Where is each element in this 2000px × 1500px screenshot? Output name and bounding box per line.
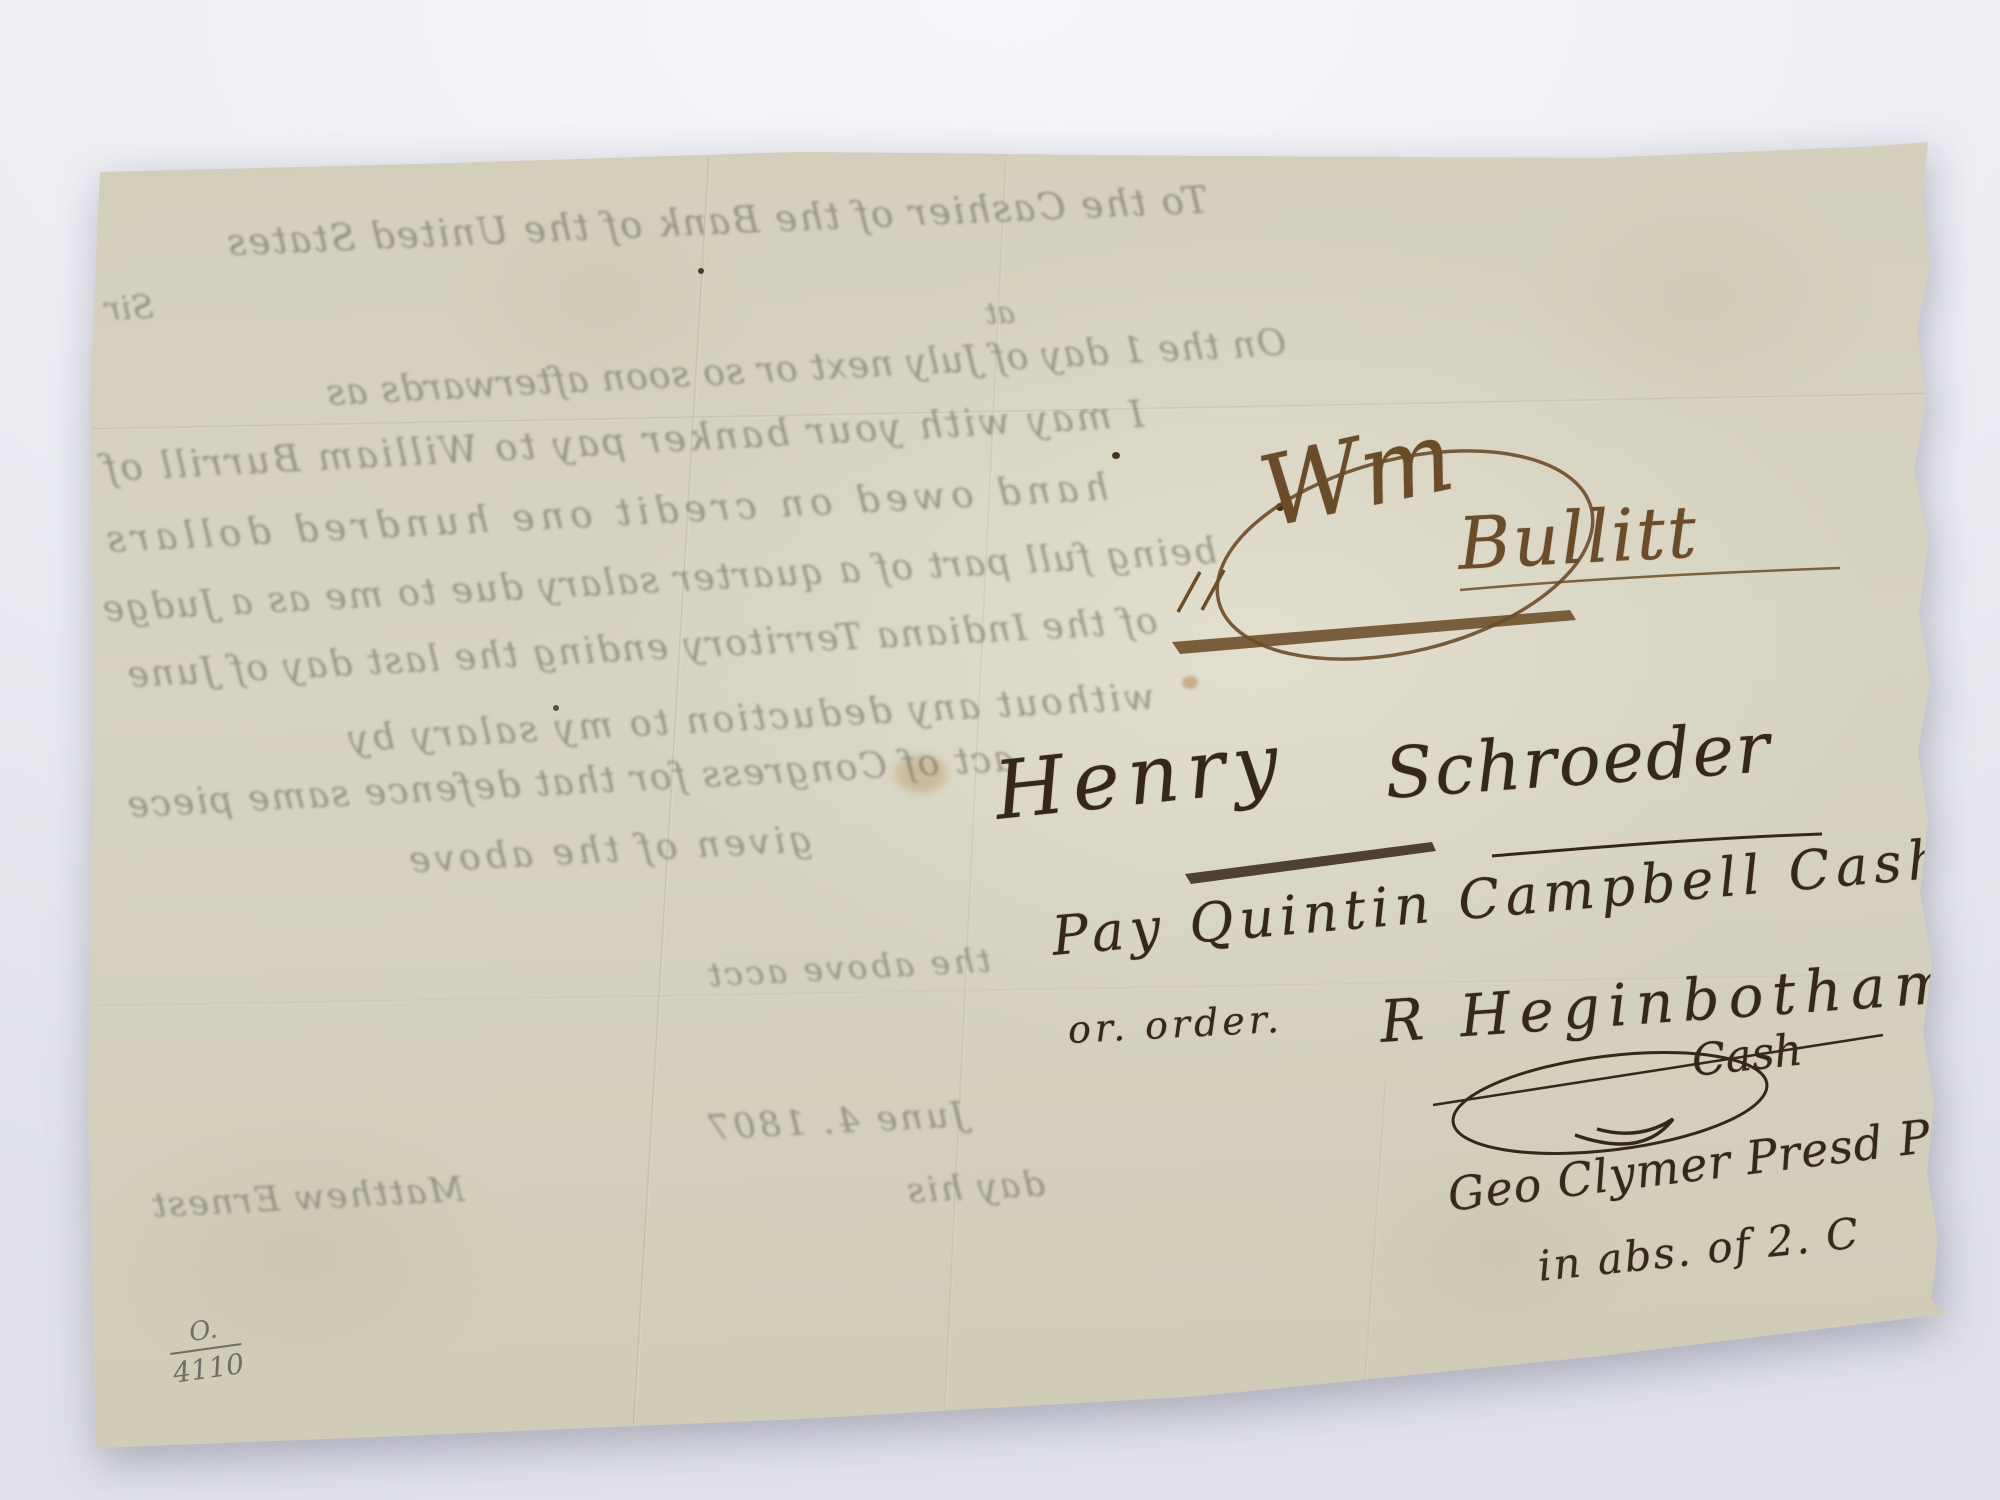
endorsement-order-prefix: or. order. [1067,997,1284,1052]
endorsement-order-name: R Heginbotham [1378,948,1961,1056]
bleedthrough-line: Matthew Ernest [149,1170,465,1226]
bullitt-signature-last: Bullitt [1456,489,1700,585]
bleedthrough-line: at [984,295,1016,332]
paper-stain [1182,676,1198,689]
paper-stain [895,755,947,793]
bleedthrough-line: without any deduction to my salary by [344,677,1155,760]
document-paper: To the Cashier of the Bank of the United… [0,0,2000,1500]
endorsement-pay-line: Pay Quintin Campbell Cash [1049,827,1950,968]
bullitt-signature-first: Wm [1250,399,1463,551]
bleedthrough-line: June 4. 1807 [704,1095,966,1149]
schroeder-signature-last: Schroeder [1382,706,1774,815]
photo-of-document: To the Cashier of the Bank of the United… [0,0,2000,1500]
horizontal-fold-crease [92,393,1927,431]
ink-speck [553,705,559,711]
schroeder-signature-flourish [1160,820,1860,900]
vertical-fold-crease [944,158,1008,1407]
bleedthrough-line: On the 1 day of July next or so soon aft… [325,323,1288,414]
cashier-paraph-flourish [1425,1015,1895,1165]
vertical-fold-crease [1363,1080,1388,1399]
catalog-mark-numerator: O. [166,1311,241,1351]
bleedthrough-line: being full part of a quarter salary due … [100,531,1218,630]
bullitt-signature-flourish [1140,430,1860,690]
bleedthrough-line: the above acct [704,941,991,995]
vertical-fold-crease [632,158,711,1431]
horizontal-fold-crease [92,973,1927,1008]
bleedthrough-line: Sir [104,287,155,329]
bleedthrough-line: given of the above [404,819,813,881]
attestation-line1: Geo Clymer Presd P B [1445,1103,1984,1222]
attestation-line2: in abs. of 2. C [1535,1208,1862,1291]
bleedthrough-line: act of Congress for that defence same pi… [125,739,1016,827]
bleedthrough-line: I may with your banker pay to William Bu… [100,393,1145,491]
bleedthrough-line: of the Indiana Territory ending the last… [125,601,1159,696]
catalog-mark: O. 4110 [166,1311,247,1389]
bleedthrough-line: To the Cashier of the Bank of the United… [225,179,1209,265]
catalog-mark-denominator: 4110 [171,1347,247,1390]
ink-speck [1112,452,1120,459]
bleedthrough-line: day his [904,1164,1046,1211]
schroeder-signature-first: Henry [990,715,1290,838]
catalog-mark-fraction-bar [170,1343,242,1355]
bleedthrough-line: hand owed on credit one hundred dollars [100,466,1110,562]
ink-speck [1276,503,1284,511]
ink-speck [698,268,704,274]
cashier-paraph-label: Cash [1689,1025,1805,1087]
